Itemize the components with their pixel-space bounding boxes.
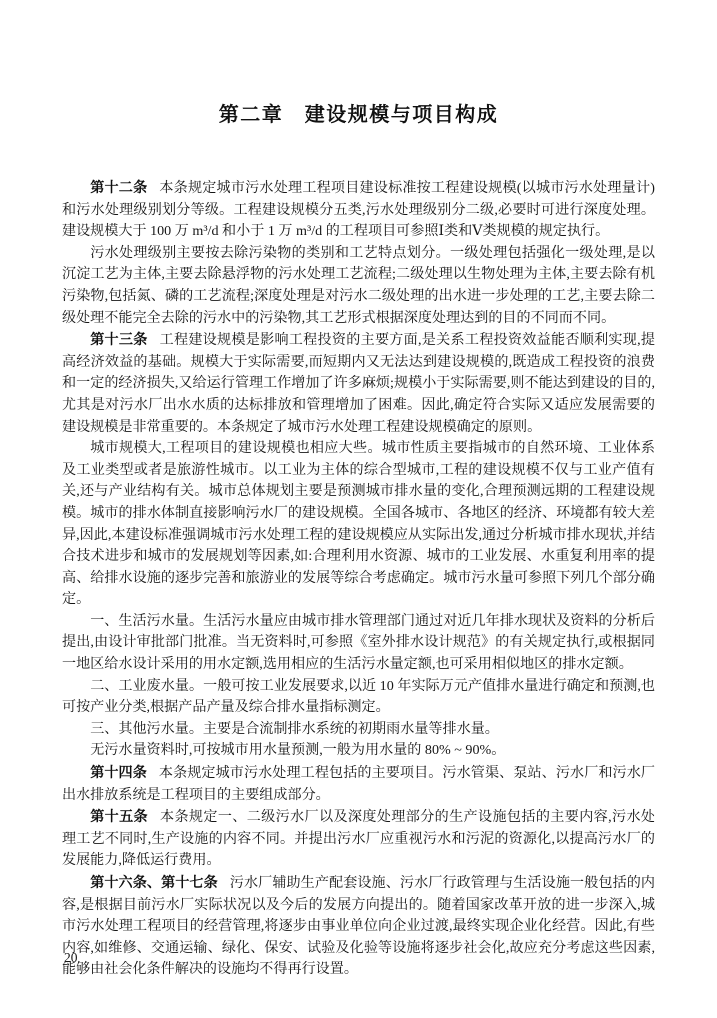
body-paragraph: 污水处理级别主要按去除污染物的类别和工艺特点划分。一级处理包括强化一级处理,是以… (62, 243, 655, 329)
list-item-paragraph: 二、工业废水量。一般可按工业发展要求,以近 10 年实际万元产值排水量进行确定和… (62, 676, 655, 719)
list-item-paragraph: 三、其他污水量。主要是合流制排水系统的初期雨水量等排水量。 (62, 719, 655, 741)
paragraph-text: 二、工业废水量。一般可按工业发展要求,以近 10 年实际万元产值排水量进行确定和… (62, 678, 655, 716)
body-paragraph: 无污水量资料时,可按城市用水量预测,一般为用水量的 80% ~ 90%。 (62, 740, 655, 762)
article-paragraph: 第十五条本条规定一、二级污水厂以及深度处理部分的生产设施包括的主要内容,污水处理… (62, 806, 655, 872)
paragraph-text: 城市规模大,工程项目的建设规模也相应大些。城市性质主要指城市的自然环境、工业体系… (62, 440, 655, 607)
article-number-label: 第十三条 (90, 331, 147, 347)
list-item-paragraph: 一、生活污水量。生活污水量应由城市排水管理部门通过对近几年排水现状及资料的分析后… (62, 611, 655, 676)
article-number-label: 第十四条 (90, 764, 147, 780)
page-number: 20 (64, 950, 78, 966)
article-number-label: 第十二条 (90, 179, 147, 195)
article-paragraph: 第十三条工程建设规模是影响工程投资的主要方面,是关系工程投资效益能否顺利实现,提… (62, 329, 655, 438)
article-paragraph: 第十四条本条规定城市污水处理工程包括的主要项目。污水管渠、泵站、污水厂和污水厂出… (62, 762, 655, 806)
paragraph-text: 本条规定城市污水处理工程包括的主要项目。污水管渠、泵站、污水厂和污水厂出水排放系… (62, 765, 655, 803)
paragraph-text: 工程建设规模是影响工程投资的主要方面,是关系工程投资效益能否顺利实现,提高经济效… (62, 332, 655, 434)
paragraph-text: 污水厂辅助生产配套设施、污水厂行政管理与生活设施一般包括的内容,是根据目前污水厂… (62, 875, 655, 977)
paragraph-text: 三、其他污水量。主要是合流制排水系统的初期雨水量等排水量。 (90, 721, 499, 737)
document-body: 第十二条本条规定城市污水处理工程项目建设标准按工程建设规模(以城市污水处理量计)… (62, 177, 655, 981)
article-paragraph: 第十二条本条规定城市污水处理工程项目建设标准按工程建设规模(以城市污水处理量计)… (62, 177, 655, 243)
chapter-title: 第二章 建设规模与项目构成 (62, 98, 655, 127)
body-paragraph: 城市规模大,工程项目的建设规模也相应大些。城市性质主要指城市的自然环境、工业体系… (62, 438, 655, 611)
paragraph-text: 污水处理级别主要按去除污染物的类别和工艺特点划分。一级处理包括强化一级处理,是以… (62, 245, 655, 326)
paragraph-text: 无污水量资料时,可按城市用水量预测,一般为用水量的 80% ~ 90%。 (90, 742, 505, 758)
paragraph-text: 本条规定城市污水处理工程项目建设标准按工程建设规模(以城市污水处理量计)和污水处… (62, 180, 655, 239)
article-number-label: 第十五条 (90, 808, 148, 824)
paragraph-text: 一、生活污水量。生活污水量应由城市排水管理部门通过对近几年排水现状及资料的分析后… (62, 613, 655, 672)
article-paragraph: 第十六条、第十七条污水厂辅助生产配套设施、污水厂行政管理与生活设施一般包括的内容… (62, 872, 655, 981)
paragraph-text: 本条规定一、二级污水厂以及深度处理部分的生产设施包括的主要内容,污水处理工艺不同… (62, 809, 655, 868)
article-number-label: 第十六条、第十七条 (90, 874, 218, 890)
document-page: 第二章 建设规模与项目构成 第十二条本条规定城市污水处理工程项目建设标准按工程建… (0, 0, 717, 1018)
